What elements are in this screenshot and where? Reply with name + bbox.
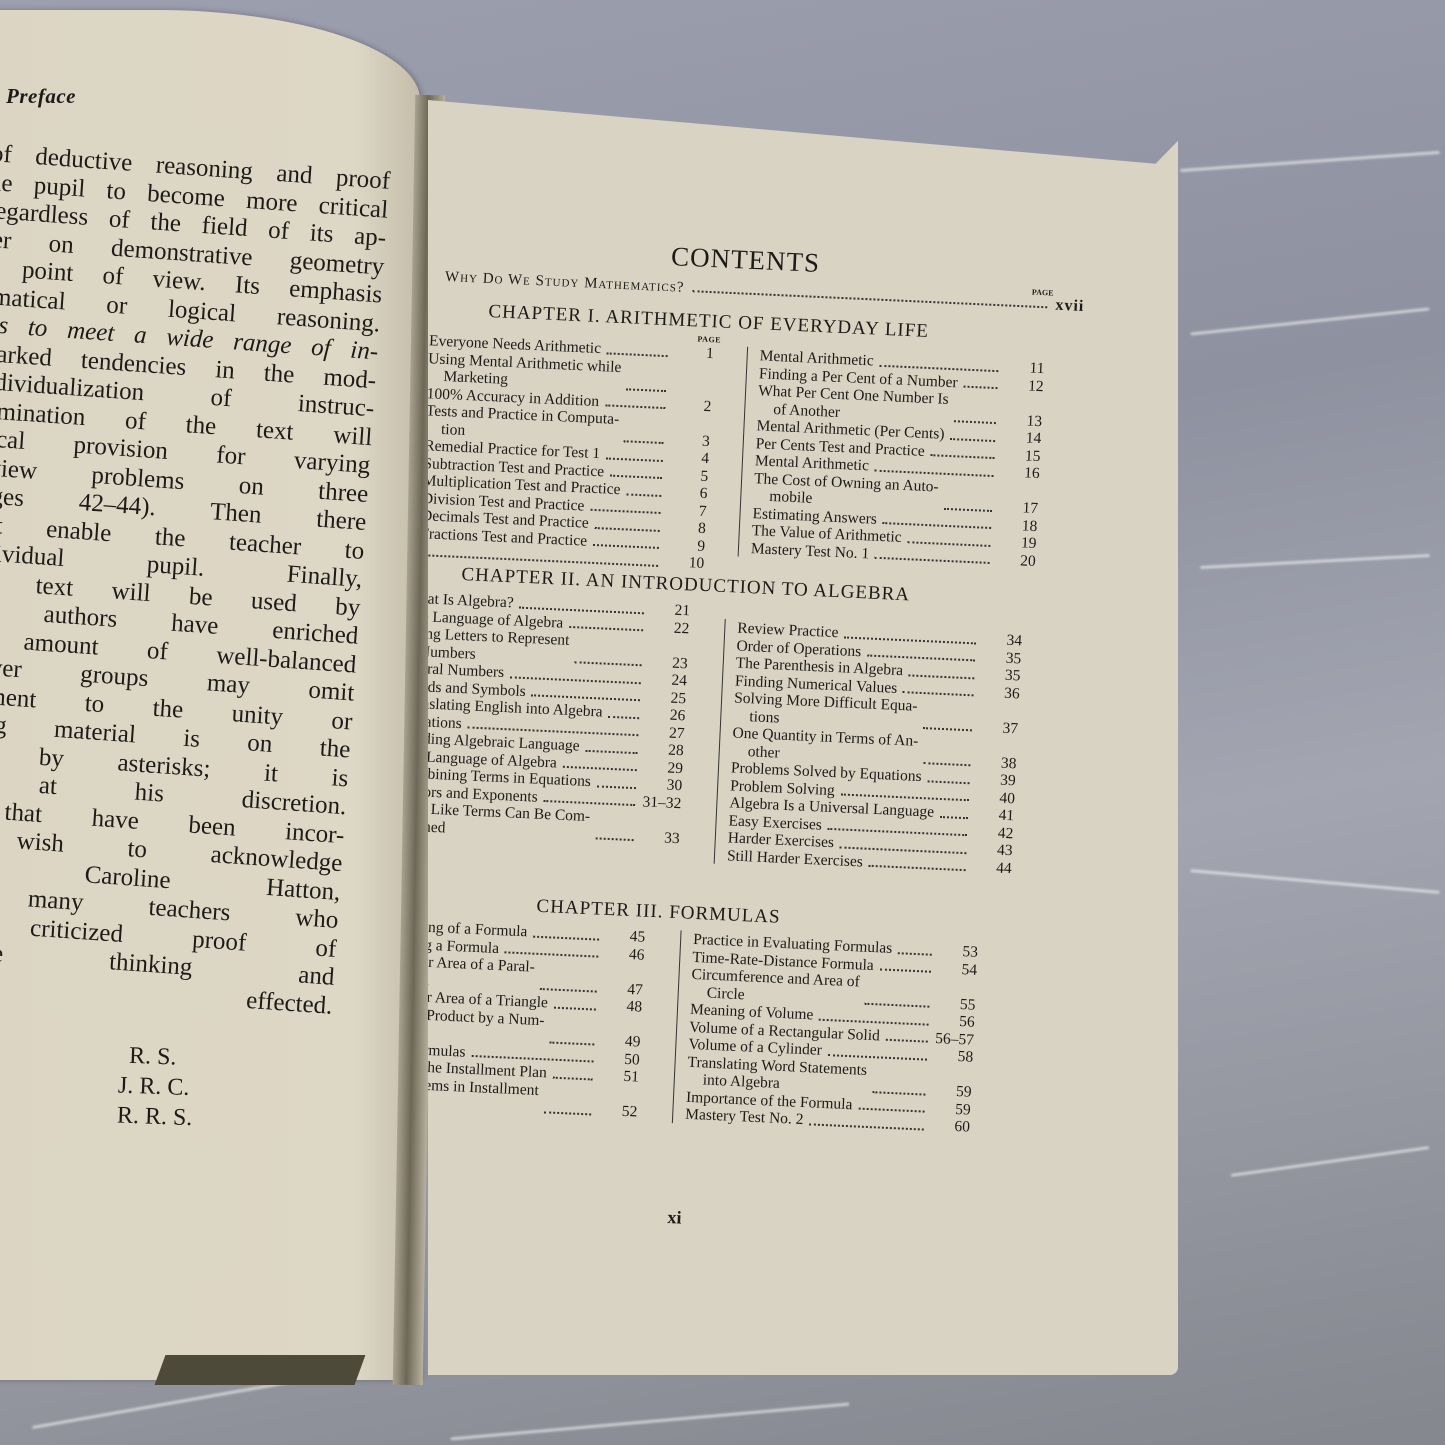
toc-column-left: What Is Algebra?21The Language of Algebr… — [395, 589, 691, 847]
entry-page: 20 — [995, 551, 1036, 570]
dot-leader — [872, 1091, 925, 1095]
entry-page: 21 — [650, 601, 691, 620]
entry-page: 12 — [1003, 376, 1044, 395]
entry-page: 3 — [669, 431, 710, 450]
dot-leader — [858, 1108, 924, 1113]
running-head: Preface — [6, 84, 76, 109]
entry-page: 33 — [639, 828, 680, 847]
dot-leader — [624, 440, 664, 444]
dot-leader — [954, 420, 996, 424]
dot-leader — [909, 674, 975, 679]
dot-leader — [533, 935, 599, 940]
dot-leader — [940, 815, 968, 818]
entry-page: 23 — [647, 653, 688, 672]
entry-page: 9 — [665, 536, 706, 555]
entry-page: 47 — [602, 979, 643, 998]
entry-page: 45 — [605, 927, 646, 946]
entry-page: 40 — [975, 788, 1016, 807]
dot-leader — [563, 766, 637, 771]
entry-page: 24 — [647, 671, 688, 690]
entry-page: 35 — [980, 666, 1021, 685]
dot-leader — [505, 951, 599, 957]
entry-page: 44 — [971, 858, 1012, 877]
dot-leader — [923, 762, 970, 766]
entry-page: 37 — [978, 718, 1019, 737]
entry-page: 51 — [599, 1067, 640, 1086]
page-column-label: PAGE — [697, 334, 721, 344]
dot-leader — [898, 952, 932, 956]
dot-leader — [923, 727, 972, 731]
entry-page: 35 — [981, 648, 1022, 667]
dot-leader — [549, 1041, 594, 1045]
dot-leader — [809, 1123, 924, 1130]
dot-leader — [626, 493, 661, 497]
dot-leader — [543, 800, 635, 806]
page-number-folio: xi — [667, 1207, 682, 1229]
entry-page: 41 — [974, 806, 1015, 825]
toc-column-right: Practice in Evaluating Formulas53Time-Ra… — [672, 930, 978, 1136]
dot-leader — [553, 1076, 593, 1080]
dot-leader — [944, 507, 992, 511]
entry-page: 56–57 — [934, 1029, 975, 1048]
entry-page: 58 — [933, 1047, 974, 1066]
dot-leader — [692, 280, 1048, 308]
entry-page: 27 — [644, 723, 685, 742]
entry-page: 38 — [976, 753, 1017, 772]
entry-page: 39 — [975, 771, 1016, 790]
dot-leader — [869, 865, 966, 871]
book-cover-edge — [155, 1355, 366, 1385]
toc-column-right: Review Practice34Order of Operations35Th… — [714, 619, 1023, 877]
page-title: CONTENTS — [670, 241, 820, 279]
dot-leader — [425, 554, 658, 567]
entry-page: 36 — [979, 683, 1020, 702]
dot-leader — [886, 1039, 928, 1043]
entry-title: Why Do We Study Mathematics? — [445, 269, 685, 298]
dot-leader — [574, 661, 641, 666]
dot-leader — [595, 837, 634, 841]
entry-page: 18 — [997, 516, 1038, 535]
preface-body: of deductive reasoning and proofhe pupil… — [0, 140, 391, 1021]
dot-leader — [880, 968, 932, 972]
dot-leader — [607, 352, 668, 357]
table-of-contents: CONTENTS PAGE Why Do We Study Mathematic… — [370, 100, 1177, 1408]
entry-page: 43 — [972, 840, 1013, 859]
entry-page: 5 — [668, 466, 709, 485]
entry-page: 2 — [671, 396, 712, 415]
entry-page: 6 — [667, 483, 708, 502]
entry-page: 19 — [996, 533, 1037, 552]
entry-page: 53 — [938, 942, 979, 961]
entry-page: 34 — [982, 631, 1023, 650]
plastic-streak — [1200, 554, 1430, 569]
entry-page: 60 — [930, 1117, 971, 1136]
dot-leader — [963, 386, 997, 390]
dot-leader — [875, 557, 990, 564]
dot-leader — [828, 1054, 927, 1061]
entry-page: 54 — [937, 959, 978, 978]
entry-page: 11 — [1004, 358, 1045, 377]
dot-leader — [595, 526, 660, 531]
entry-page: 17 — [998, 498, 1039, 517]
dot-leader — [907, 541, 990, 547]
entry-page: 16 — [999, 463, 1040, 482]
entry-page: 52 — [597, 1102, 638, 1121]
toc-column-left: Everyone Needs Arithmetic1Using Mental A… — [419, 332, 714, 572]
entry-page: 46 — [604, 944, 645, 963]
dot-leader — [927, 780, 969, 784]
dot-leader — [930, 454, 994, 459]
entry-page: 48 — [602, 997, 643, 1016]
signature: R. S. — [129, 1041, 195, 1073]
entry-page: 59 — [930, 1099, 971, 1118]
dot-leader — [597, 785, 636, 789]
entry-page: 55 — [935, 994, 976, 1013]
entry-page: 42 — [973, 823, 1014, 842]
entry-page: 31–32 — [641, 793, 682, 812]
entry-page: 25 — [646, 688, 687, 707]
dot-leader — [903, 691, 974, 696]
signature: J. R. C. — [118, 1071, 194, 1104]
plastic-streak — [1231, 1146, 1429, 1177]
dot-leader — [593, 544, 659, 549]
plastic-streak — [1180, 151, 1440, 172]
dot-leader — [544, 1111, 591, 1115]
chapter-heading: CHAPTER III. FORMULAS — [536, 896, 781, 929]
dot-leader — [540, 988, 597, 993]
dot-leader — [590, 509, 660, 514]
plastic-streak — [451, 1403, 850, 1441]
entry-page: 10 — [664, 553, 705, 572]
dot-leader — [606, 457, 663, 462]
entry-page: 56 — [934, 1012, 975, 1031]
plastic-streak — [1191, 307, 1430, 335]
entry-page: 26 — [645, 706, 686, 725]
toc-column-right: Mental Arithmetic11Finding a Per Cent of… — [738, 347, 1045, 570]
entry-page: 49 — [600, 1032, 641, 1051]
dot-leader — [585, 749, 637, 753]
entry-page: 29 — [643, 758, 684, 777]
dot-leader — [608, 715, 639, 718]
entry-page: 14 — [1001, 428, 1042, 447]
dot-leader — [950, 438, 995, 442]
entry-page: 22 — [649, 618, 690, 637]
entry-page: 15 — [1000, 446, 1041, 465]
entry-page: 13 — [1002, 411, 1043, 430]
right-page-contents: CONTENTS PAGE Why Do We Study Mathematic… — [428, 100, 1178, 1375]
dot-leader — [626, 388, 666, 392]
entry-page: 1 — [673, 343, 714, 362]
signature: R. R. S. — [116, 1101, 192, 1134]
entry-page: 7 — [666, 501, 707, 520]
entry-page: 4 — [669, 448, 710, 467]
entry-page: 28 — [643, 740, 684, 759]
dot-leader — [569, 626, 643, 631]
dot-leader — [605, 404, 665, 409]
dot-leader — [554, 1006, 596, 1010]
dot-leader — [865, 1003, 930, 1008]
plastic-streak — [1190, 869, 1439, 894]
entry-page: 59 — [931, 1082, 972, 1101]
entry-page: 8 — [665, 518, 706, 537]
entry-page: xvii — [1055, 297, 1085, 316]
dot-leader — [610, 475, 662, 479]
author-signatures: R. S. J. R. C. R. R. S. — [126, 1041, 194, 1133]
entry-page: 30 — [642, 775, 683, 794]
entry-page: 50 — [599, 1049, 640, 1068]
